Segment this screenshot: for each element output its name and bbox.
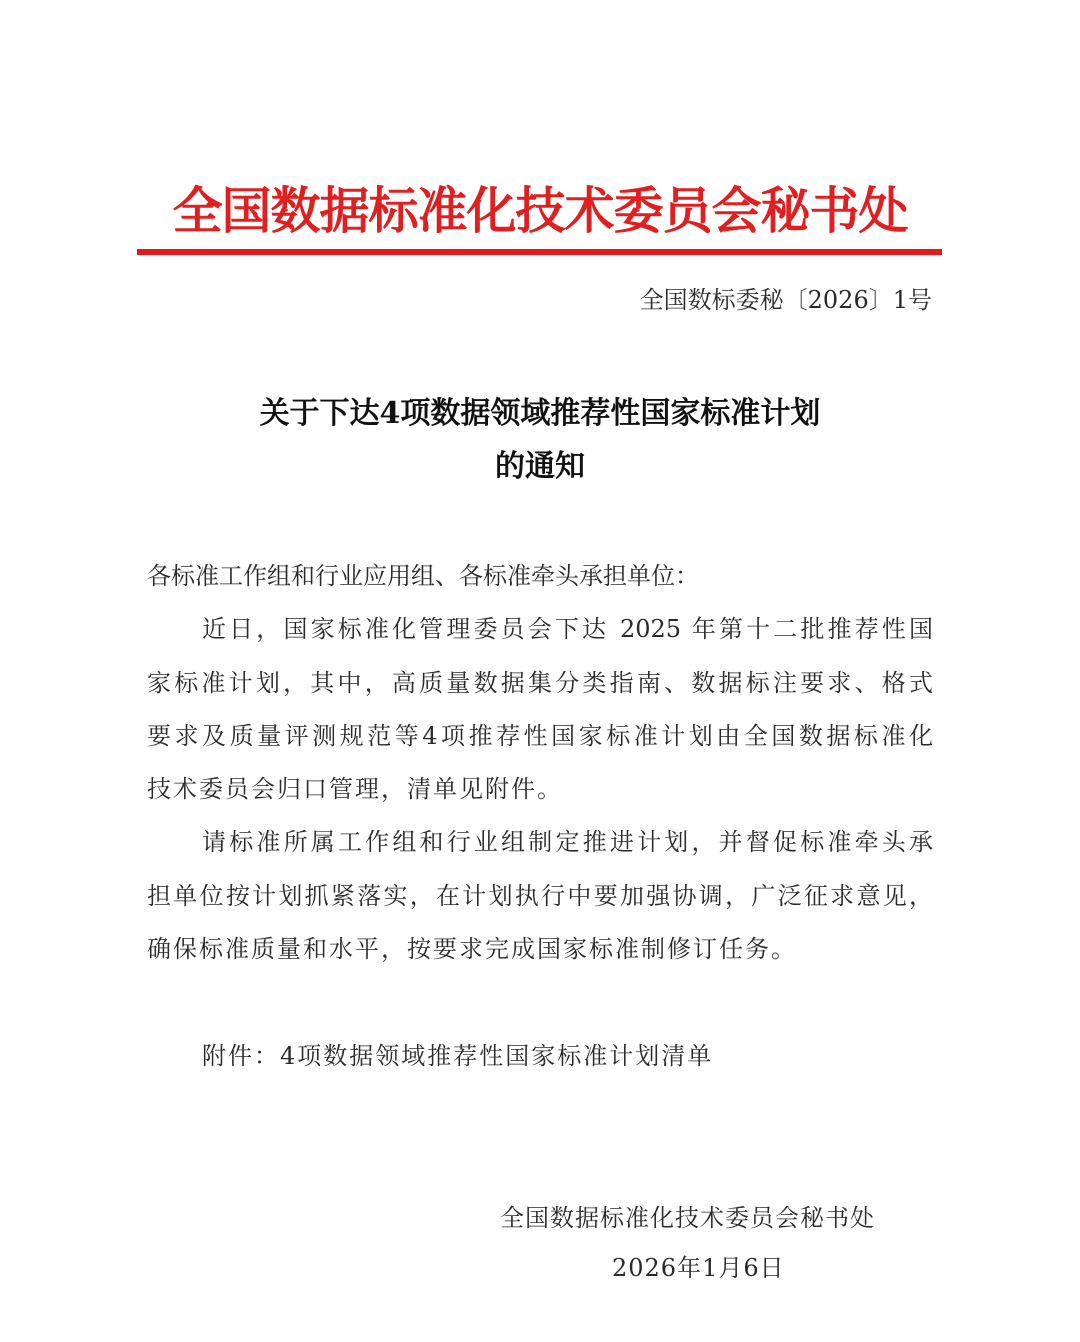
paragraph-2-line: 担单位按计划抓紧落实，在计划执行中要加强协调，广泛征求意见， [147,876,933,916]
signature-organization: 全国数据标准化技术委员会秘书处 [500,1198,875,1238]
paragraph-1-line: 要求及质量评测规范等4项推荐性国家标准计划由全国数据标准化 [147,716,933,756]
paragraph-2-line: 确保标准质量和水平，按要求完成国家标准制修订任务。 [147,929,797,969]
notice-title-line-2: 的通知 [140,445,940,489]
paragraph-1-line: 家标准计划，其中，高质量数据集分类指南、数据标注要求、格式 [147,663,933,703]
notice-title-line-1: 关于下达4项数据领域推荐性国家标准计划 [140,392,940,436]
letterhead-red-rule [137,249,942,255]
document-number: 全国数标委秘〔2026〕1号 [640,280,932,320]
paragraph-1-line: 近日，国家标准化管理委员会下达 2025 年第十二批推荐性国 [202,609,933,649]
paragraph-2-line: 请标准所属工作组和行业组制定推进计划，并督促标准牵头承 [202,822,933,862]
signature-date: 2026年1月6日 [612,1248,785,1288]
salutation: 各标准工作组和行业应用组、各标准牵头承担单位： [147,556,699,596]
attachment-line: 附件：4项数据领域推荐性国家标准计划清单 [202,1036,713,1076]
letterhead-title: 全国数据标准化技术委员会秘书处 [140,178,940,244]
paragraph-1-line: 技术委员会归口管理，清单见附件。 [147,769,563,809]
